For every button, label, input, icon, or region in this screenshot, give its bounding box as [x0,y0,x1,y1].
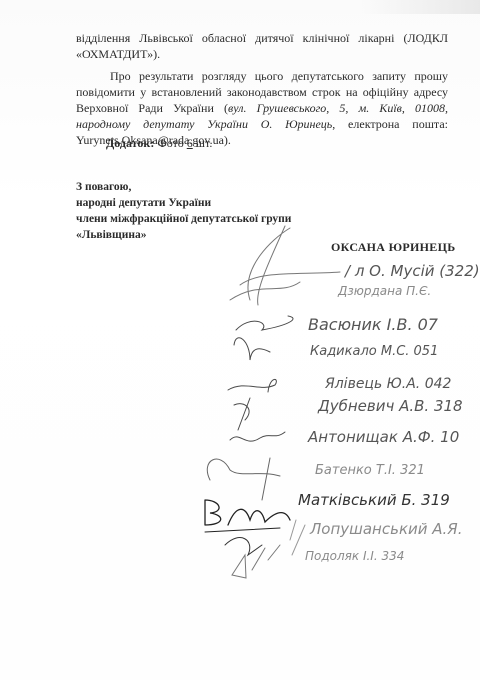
signature-dzyurdana: Дзюрдана П.Є. [338,284,431,298]
signature-lopushanskyi: Лопушанський А.Я. [310,520,463,538]
signature-yalivets: Ялівець Ю.А. 042 [325,376,451,392]
signature-vasyunyk: Васюник І.В. 07 [308,315,438,334]
signature-musii: / л О. Мусій (322) [345,262,480,280]
signature-podolyak: Подоляк І.І. 334 [305,549,404,563]
signature-scribbles-icon [0,0,480,680]
signature-antonyshchak: Антонищак А.Ф. 10 [308,428,459,446]
signature-dubnevych: Дубневич А.В. 318 [318,397,463,415]
scanned-document-page: відділення Львівської обласної дитячої к… [0,0,480,680]
signature-batenko: Батенко Т.І. 321 [315,463,425,478]
signature-matkivskyi: Матківський Б. 319 [298,491,450,509]
signature-kadykalo: Кадикало М.С. 051 [310,344,438,359]
